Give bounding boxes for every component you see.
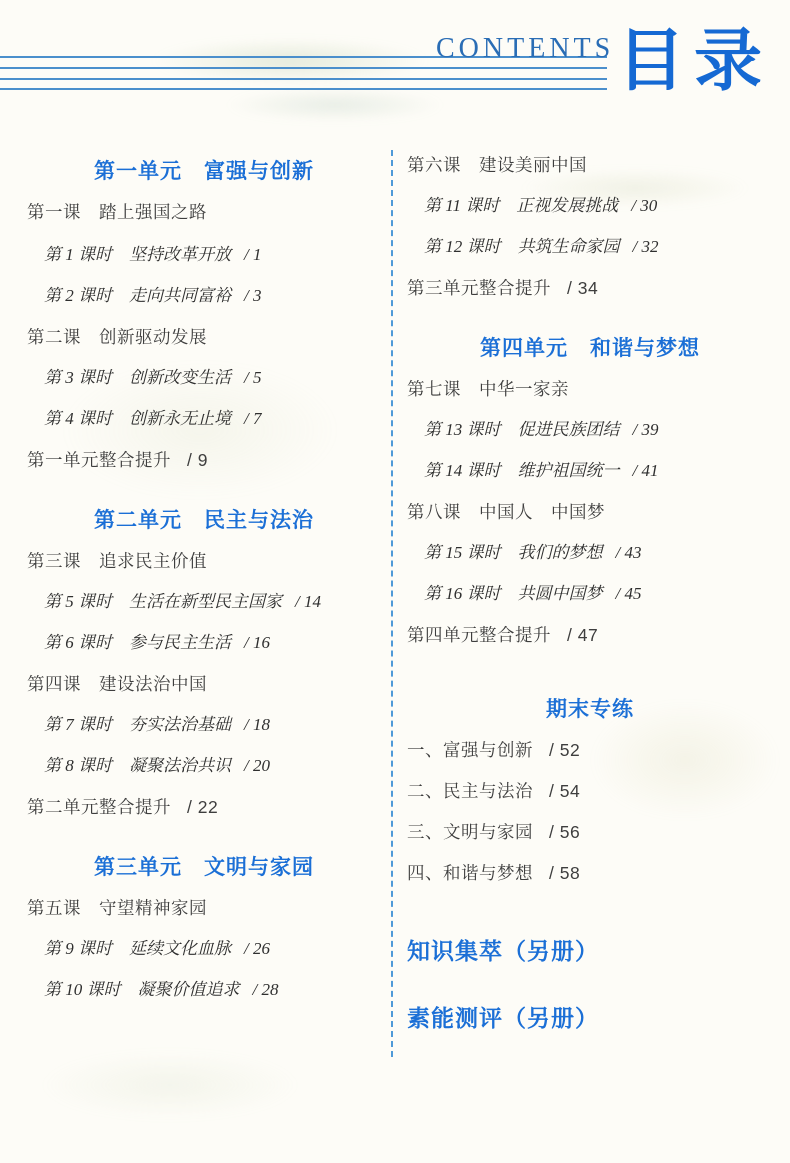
- lesson-entry: 第六课 建设美丽中国: [407, 154, 773, 176]
- entry-label: 期末专练: [546, 698, 634, 721]
- entry-label: 第 7 课时 夯实法治基础: [44, 715, 231, 734]
- period-entry: 第 12 课时 共筑生命家园/ 32: [407, 236, 773, 258]
- entry-page: / 45: [616, 584, 642, 603]
- entry-label: 第一课 踏上强国之路: [27, 202, 207, 222]
- lesson-entry: 第五课 守望精神家园: [27, 897, 381, 919]
- period-entry: 第 2 课时 走向共同富裕/ 3: [27, 285, 381, 307]
- entry-page: / 18: [244, 715, 270, 734]
- period-entry: 第 13 课时 促进民族团结/ 39: [407, 419, 773, 441]
- lesson-entry: 第八课 中国人 中国梦: [407, 501, 773, 523]
- entry-label: 第七课 中华一家亲: [407, 379, 569, 399]
- entry-label: 第四课 建设法治中国: [27, 674, 207, 694]
- summary-entry: 第三单元整合提升/ 34: [407, 277, 773, 299]
- unit-heading: 第二单元 民主与法治: [27, 507, 381, 535]
- entry-page: / 34: [567, 278, 598, 298]
- entry-label: 第二课 创新驱动发展: [27, 327, 207, 347]
- period-entry: 第 15 课时 我们的梦想/ 43: [407, 542, 773, 564]
- summary-entry: 第二单元整合提升/ 22: [27, 796, 381, 818]
- entry-label: 一、富强与创新: [407, 740, 533, 760]
- period-entry: 第 9 课时 延续文化血脉/ 26: [27, 938, 381, 960]
- entry-page: / 20: [244, 756, 270, 775]
- period-entry: 第 14 课时 维护祖国统一/ 41: [407, 460, 773, 482]
- entry-label: 二、民主与法治: [407, 781, 533, 801]
- entry-page: / 58: [549, 863, 580, 883]
- section-heading: 期末专练: [407, 696, 773, 724]
- entry-label: 第 9 课时 延续文化血脉: [44, 939, 231, 958]
- entry-page: / 14: [295, 592, 321, 611]
- summary-entry: 第四单元整合提升/ 47: [407, 624, 773, 646]
- entry-label: 第三单元 文明与家园: [94, 856, 314, 879]
- entry-page: / 52: [549, 740, 580, 760]
- period-entry: 第 10 课时 凝聚价值追求/ 28: [27, 979, 381, 1001]
- entry-label: 四、和谐与梦想: [407, 863, 533, 883]
- lesson-entry: 第七课 中华一家亲: [407, 378, 773, 400]
- period-entry: 第 11 课时 正视发展挑战/ 30: [407, 195, 773, 217]
- entry-label: 第 14 课时 维护祖国统一: [424, 461, 620, 480]
- entry-page: / 28: [253, 980, 279, 999]
- entry-page: / 9: [187, 450, 208, 470]
- entry-page: / 22: [187, 797, 218, 817]
- period-entry: 第 1 课时 坚持改革开放/ 1: [27, 244, 381, 266]
- entry-label: 第 15 课时 我们的梦想: [424, 543, 603, 562]
- lesson-entry: 第三课 追求民主价值: [27, 550, 381, 572]
- booklet-title: 知识集萃（另册）: [407, 936, 773, 966]
- exam-entry: 四、和谐与梦想/ 58: [407, 862, 773, 884]
- entry-label: 第三课 追求民主价值: [27, 551, 207, 571]
- entry-label: 第 3 课时 创新改变生活: [44, 368, 231, 387]
- entry-label: 第 1 课时 坚持改革开放: [44, 245, 231, 264]
- entry-label: 第二单元 民主与法治: [94, 509, 314, 532]
- entry-page: / 32: [633, 237, 659, 256]
- entry-page: / 7: [244, 409, 261, 428]
- entry-label: 第 6 课时 参与民主生活: [44, 633, 231, 652]
- entry-label: 第 11 课时 正视发展挑战: [424, 196, 618, 215]
- unit-heading: 第四单元 和谐与梦想: [407, 335, 773, 363]
- lesson-entry: 第四课 建设法治中国: [27, 673, 381, 695]
- entry-page: / 26: [244, 939, 270, 958]
- entry-page: / 43: [616, 543, 642, 562]
- period-entry: 第 7 课时 夯实法治基础/ 18: [27, 714, 381, 736]
- entry-page: / 39: [633, 420, 659, 439]
- booklet-title: 素能测评（另册）: [407, 1003, 773, 1033]
- entry-label: 第四单元 和谐与梦想: [480, 337, 700, 360]
- toc-page: CONTENTS 目录 第一单元 富强与创新 第一课 踏上强国之路 第 1 课时…: [0, 0, 790, 1163]
- entry-page: / 47: [567, 625, 598, 645]
- column-divider: [391, 150, 393, 1057]
- entry-page: / 16: [244, 633, 270, 652]
- lesson-entry: 第一课 踏上强国之路: [27, 201, 381, 223]
- unit-heading: 第三单元 文明与家园: [27, 854, 381, 882]
- entry-label: 第四单元整合提升: [407, 625, 551, 645]
- entry-label: 第 8 课时 凝聚法治共识: [44, 756, 231, 775]
- entry-page: / 3: [244, 286, 261, 305]
- entry-label: 第 5 课时 生活在新型民主国家: [44, 592, 282, 611]
- entry-label: 第一单元整合提升: [27, 450, 171, 470]
- exam-entry: 二、民主与法治/ 54: [407, 780, 773, 802]
- entry-page: / 41: [633, 461, 659, 480]
- period-entry: 第 3 课时 创新改变生活/ 5: [27, 367, 381, 389]
- toc-left-column: 第一单元 富强与创新 第一课 踏上强国之路 第 1 课时 坚持改革开放/ 1 第…: [27, 0, 381, 1163]
- entry-label: 三、文明与家园: [407, 822, 533, 842]
- entry-label: 第 12 课时 共筑生命家园: [424, 237, 620, 256]
- period-entry: 第 6 课时 参与民主生活/ 16: [27, 632, 381, 654]
- entry-label: 第 4 课时 创新永无止境: [44, 409, 231, 428]
- unit-heading: 第一单元 富强与创新: [27, 158, 381, 186]
- exam-entry: 一、富强与创新/ 52: [407, 739, 773, 761]
- entry-label: 第八课 中国人 中国梦: [407, 502, 605, 522]
- lesson-entry: 第二课 创新驱动发展: [27, 326, 381, 348]
- entry-label: 第 2 课时 走向共同富裕: [44, 286, 231, 305]
- entry-label: 素能测评（另册）: [407, 1005, 599, 1031]
- entry-label: 知识集萃（另册）: [407, 938, 599, 964]
- exam-entry: 三、文明与家园/ 56: [407, 821, 773, 843]
- entry-page: / 1: [244, 245, 261, 264]
- period-entry: 第 16 课时 共圆中国梦/ 45: [407, 583, 773, 605]
- entry-page: / 5: [244, 368, 261, 387]
- entry-page: / 30: [631, 196, 657, 215]
- entry-label: 第三单元整合提升: [407, 278, 551, 298]
- period-entry: 第 5 课时 生活在新型民主国家/ 14: [27, 591, 381, 613]
- period-entry: 第 4 课时 创新永无止境/ 7: [27, 408, 381, 430]
- entry-label: 第六课 建设美丽中国: [407, 155, 587, 175]
- entry-page: / 54: [549, 781, 580, 801]
- entry-label: 第一单元 富强与创新: [94, 160, 314, 183]
- entry-page: / 56: [549, 822, 580, 842]
- summary-entry: 第一单元整合提升/ 9: [27, 449, 381, 471]
- entry-label: 第 13 课时 促进民族团结: [424, 420, 620, 439]
- entry-label: 第 16 课时 共圆中国梦: [424, 584, 603, 603]
- period-entry: 第 8 课时 凝聚法治共识/ 20: [27, 755, 381, 777]
- entry-label: 第五课 守望精神家园: [27, 898, 207, 918]
- entry-label: 第 10 课时 凝聚价值追求: [44, 980, 240, 999]
- entry-label: 第二单元整合提升: [27, 797, 171, 817]
- toc-right-column: 第六课 建设美丽中国 第 11 课时 正视发展挑战/ 30 第 12 课时 共筑…: [407, 0, 773, 1163]
